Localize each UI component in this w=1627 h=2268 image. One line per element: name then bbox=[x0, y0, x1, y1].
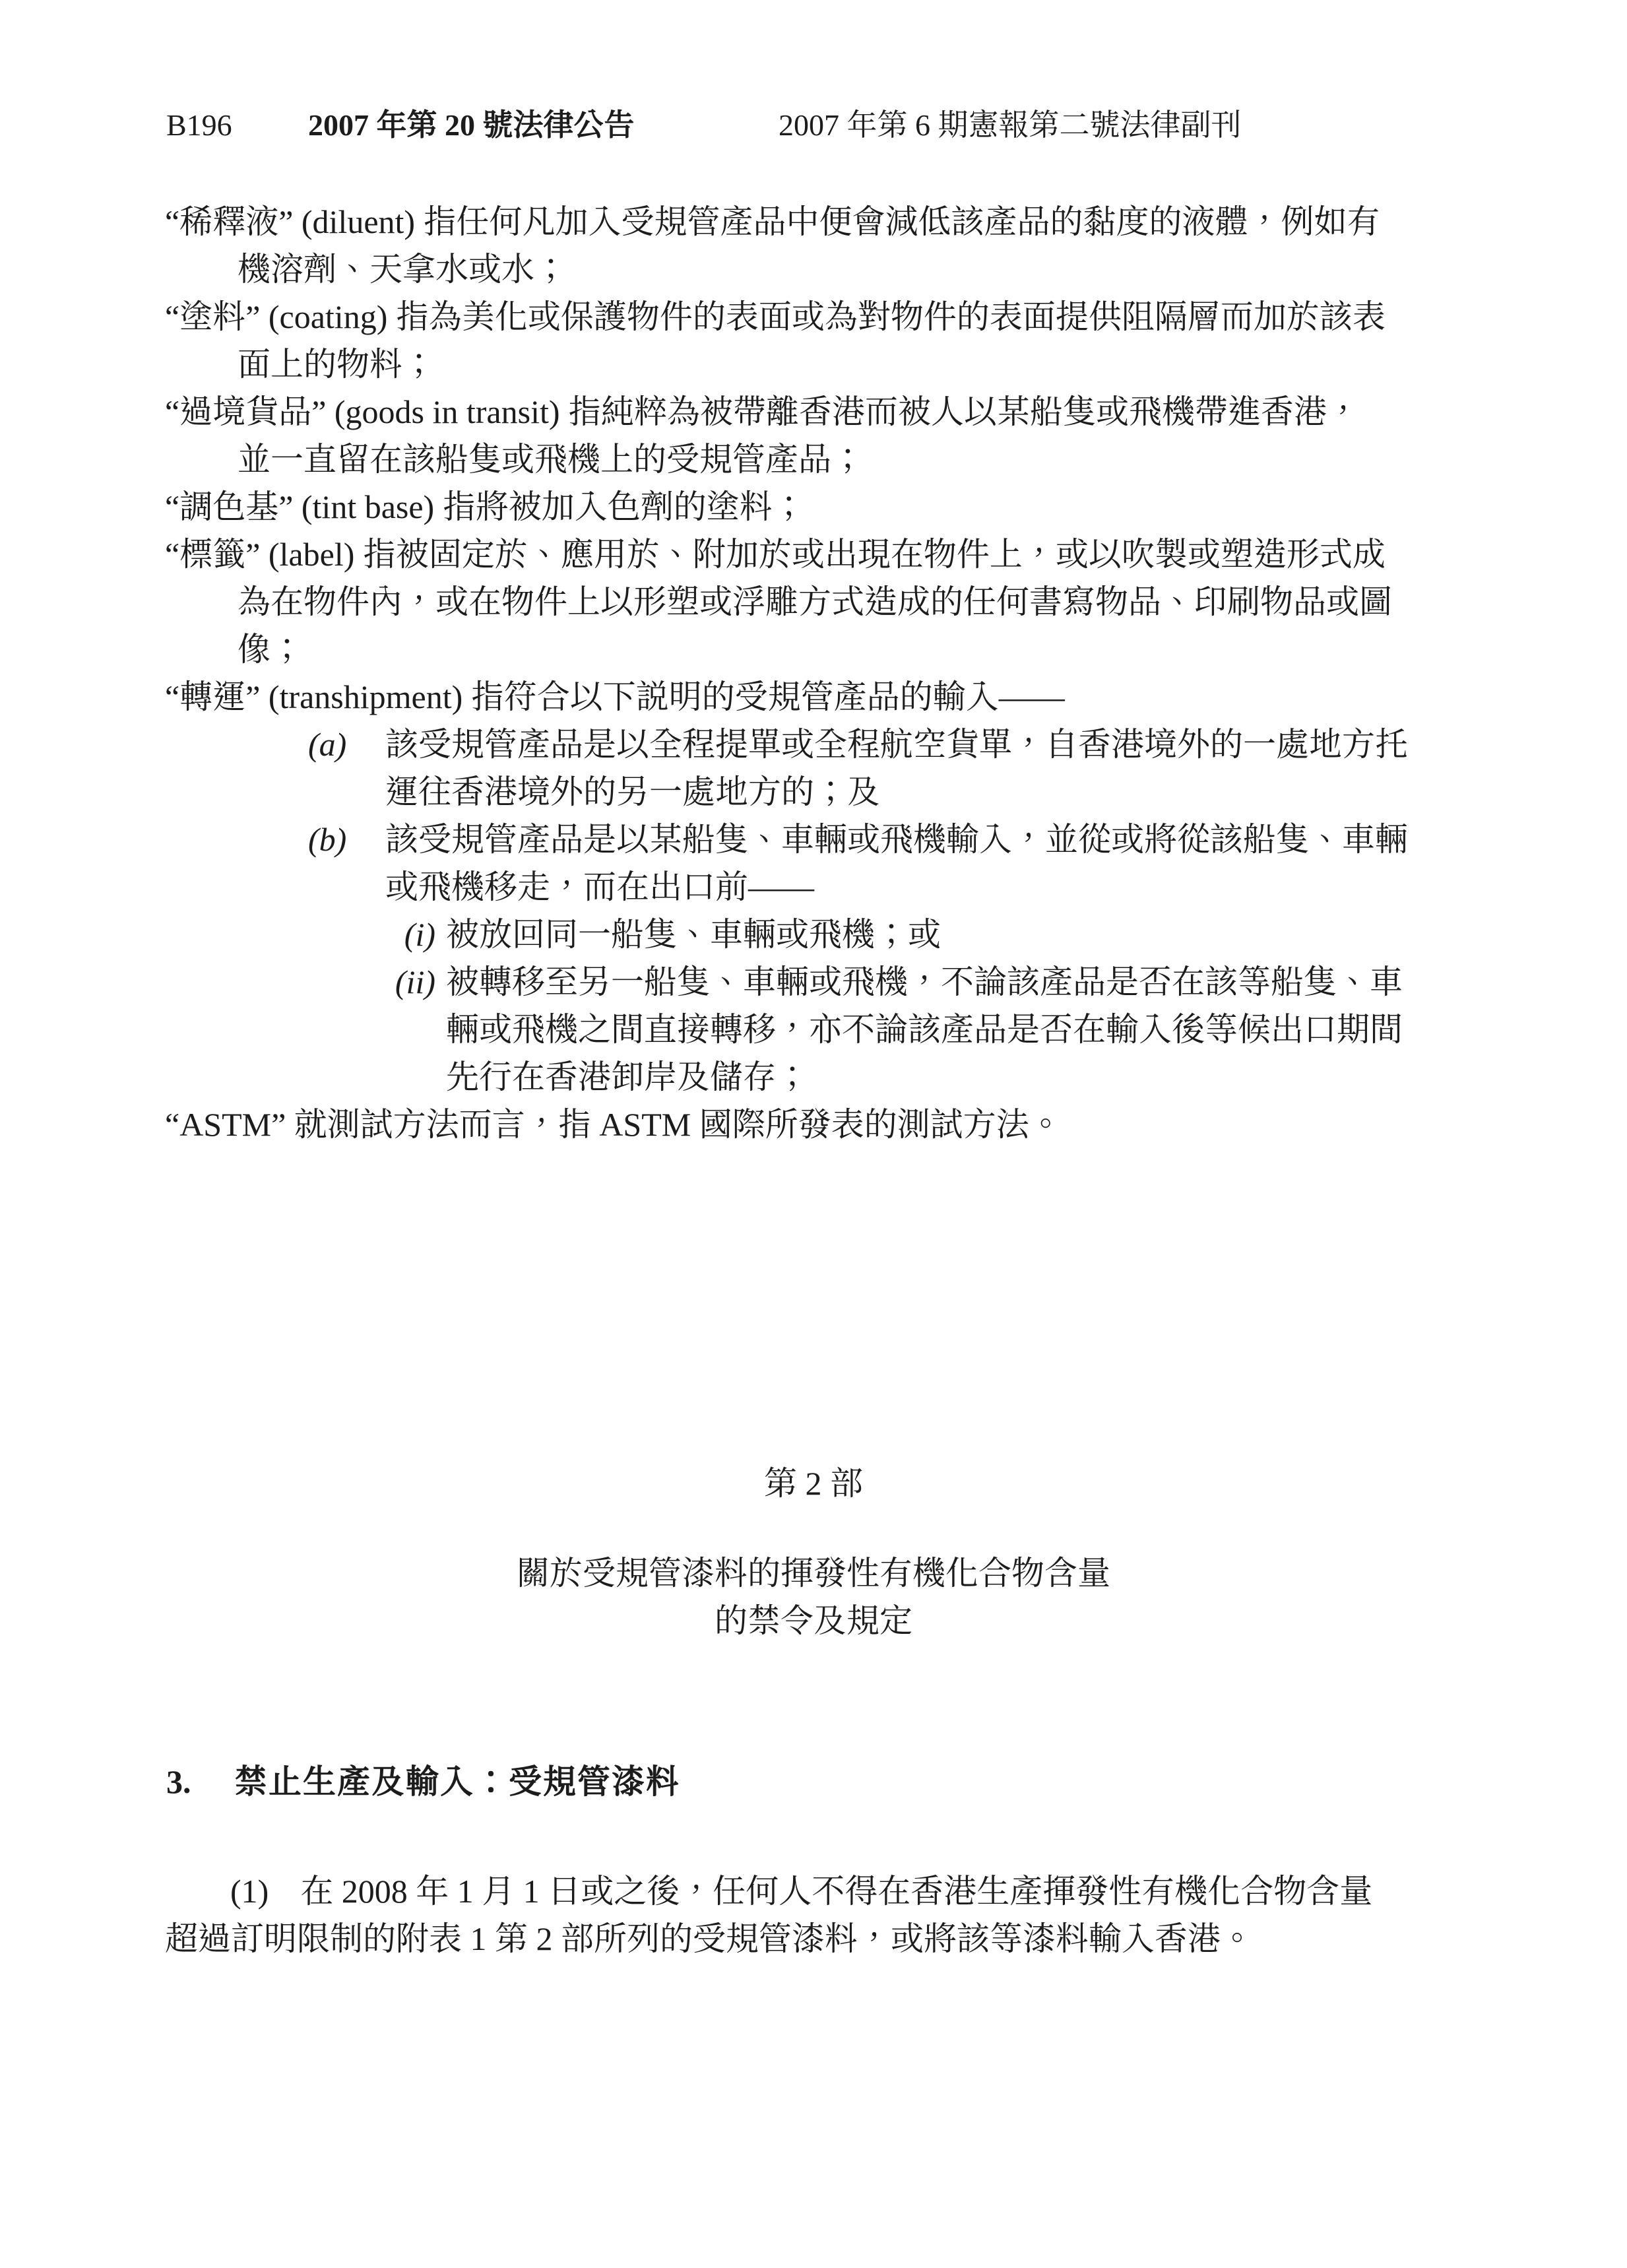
text-line: “標籤” (label) 指被固定於、應用於、附加於或出現在物件上，或以吹製或塑… bbox=[0, 531, 1627, 578]
part-2-number: 第 2 部 bbox=[0, 1460, 1627, 1507]
line-text: 像； bbox=[238, 631, 303, 668]
definitions-section: “稀釋液” (diluent) 指任何凡加入受規管產品中便會減低該產品的黏度的液… bbox=[0, 198, 1627, 1148]
list-marker: (a) bbox=[308, 721, 346, 768]
text-line: (ii)被轉移至另一船隻、車輛或飛機，不論該產品是否在該等船隻、車 bbox=[0, 958, 1627, 1006]
text-line: 面上的物料； bbox=[0, 340, 1627, 388]
line-text: 超過訂明限制的附表 1 第 2 部所列的受規管漆料，或將該等漆料輸入香港。 bbox=[165, 1920, 1254, 1957]
line-text: 在 2008 年 1 月 1 日或之後，任何人不得在香港生產揮發性有機化合物含量 bbox=[300, 1873, 1372, 1910]
line-text: 該受規管產品是以全程提單或全程航空貨單，自香港境外的一處地方托 bbox=[385, 726, 1408, 763]
line-text: 面上的物料； bbox=[238, 346, 435, 383]
text-line: 運往香港境外的另一處地方的；及 bbox=[0, 768, 1627, 816]
section-3-heading: 3. 禁止生產及輸入：受規管漆料 bbox=[0, 1758, 1627, 1805]
text-line: (1)在 2008 年 1 月 1 日或之後，任何人不得在香港生產揮發性有機化合… bbox=[0, 1867, 1627, 1915]
text-line: (b)該受規管產品是以某船隻、車輛或飛機輸入，並從或將從該船隻、車輛 bbox=[0, 816, 1627, 863]
line-text: 被放回同一船隻、車輛或飛機；或 bbox=[446, 916, 941, 953]
line-text: 該受規管產品是以某船隻、車輛或飛機輸入，並從或將從該船隻、車輛 bbox=[385, 821, 1408, 858]
header-gazette-supplement-title: 2007 年第 6 期憲報第二號法律副刊 bbox=[779, 106, 1242, 145]
text-line: 輛或飛機之間直接轉移，亦不論該產品是否在輸入後等候出口期間 bbox=[0, 1006, 1627, 1053]
line-text: “ASTM” 就測試方法而言，指 ASTM 國際所發表的測試方法。 bbox=[165, 1106, 1062, 1143]
list-marker: (1) bbox=[230, 1873, 269, 1910]
section-3-number: 3. bbox=[166, 1758, 191, 1805]
text-line: “塗料” (coating) 指為美化或保護物件的表面或為對物件的表面提供阻隔層… bbox=[0, 293, 1627, 340]
line-text: 先行在香港卸岸及儲存； bbox=[446, 1058, 809, 1095]
page-number: B196 bbox=[166, 106, 232, 145]
line-text: “塗料” (coating) 指為美化或保護物件的表面或為對物件的表面提供阻隔層… bbox=[165, 298, 1386, 335]
list-marker: (i) bbox=[336, 911, 435, 958]
line-text: 機溶劑、天拿水或水； bbox=[238, 251, 567, 288]
text-line: “稀釋液” (diluent) 指任何凡加入受規管產品中便會減低該產品的黏度的液… bbox=[0, 198, 1627, 245]
line-text: 並一直留在該船隻或飛機上的受規管產品； bbox=[238, 441, 864, 478]
text-line: “過境貨品” (goods in transit) 指純粹為被帶離香港而被人以某… bbox=[0, 388, 1627, 436]
section-3-title: 禁止生產及輸入：受規管漆料 bbox=[234, 1758, 680, 1805]
text-line: 並一直留在該船隻或飛機上的受規管產品； bbox=[0, 436, 1627, 483]
line-text: “過境貨品” (goods in transit) 指純粹為被帶離香港而被人以某… bbox=[165, 393, 1360, 430]
page-header: B196 2007 年第 20 號法律公告 2007 年第 6 期憲報第二號法律… bbox=[0, 106, 1627, 145]
text-line: 為在物件內，或在物件上以形塑或浮雕方式造成的任何書寫物品、印刷物品或圖 bbox=[0, 578, 1627, 626]
text-line: 或飛機移走，而在出口前—— bbox=[0, 863, 1627, 911]
line-text: “轉運” (transhipment) 指符合以下説明的受規管產品的輸入—— bbox=[165, 678, 1065, 715]
line-text: 被轉移至另一船隻、車輛或飛機，不論該產品是否在該等船隻、車 bbox=[446, 963, 1403, 1000]
document-page: B196 2007 年第 20 號法律公告 2007 年第 6 期憲報第二號法律… bbox=[0, 0, 1627, 2268]
text-line: “轉運” (transhipment) 指符合以下説明的受規管產品的輸入—— bbox=[0, 673, 1627, 721]
line-text: 為在物件內，或在物件上以形塑或浮雕方式造成的任何書寫物品、印刷物品或圖 bbox=[238, 583, 1392, 620]
text-line: 先行在香港卸岸及儲存； bbox=[0, 1053, 1627, 1101]
text-line: (a)該受規管產品是以全程提單或全程航空貨單，自香港境外的一處地方托 bbox=[0, 721, 1627, 768]
line-text: “調色基” (tint base) 指將被加入色劑的塗料； bbox=[165, 488, 806, 525]
text-line: 像； bbox=[0, 626, 1627, 673]
line-text: “稀釋液” (diluent) 指任何凡加入受規管產品中便會減低該產品的黏度的液… bbox=[165, 203, 1380, 240]
line-text: 或飛機移走，而在出口前—— bbox=[385, 868, 814, 905]
part-2-title-line-1: 關於受規管漆料的揮發性有機化合物含量 bbox=[0, 1549, 1627, 1597]
part-2-title-line-2: 的禁令及規定 bbox=[0, 1597, 1627, 1644]
header-gazette-notice-title: 2007 年第 20 號法律公告 bbox=[308, 106, 635, 145]
section-3-paragraph: (1)在 2008 年 1 月 1 日或之後，任何人不得在香港生產揮發性有機化合… bbox=[0, 1867, 1627, 1962]
text-line: 機溶劑、天拿水或水； bbox=[0, 245, 1627, 293]
line-text: 輛或飛機之間直接轉移，亦不論該產品是否在輸入後等候出口期間 bbox=[446, 1011, 1403, 1048]
list-marker: (ii) bbox=[336, 958, 435, 1006]
text-line: “ASTM” 就測試方法而言，指 ASTM 國際所發表的測試方法。 bbox=[0, 1101, 1627, 1148]
text-line: “調色基” (tint base) 指將被加入色劑的塗料； bbox=[0, 483, 1627, 531]
line-text: 運往香港境外的另一處地方的；及 bbox=[385, 773, 880, 810]
list-marker: (b) bbox=[308, 816, 346, 863]
text-line: 超過訂明限制的附表 1 第 2 部所列的受規管漆料，或將該等漆料輸入香港。 bbox=[0, 1915, 1627, 1962]
line-text: “標籤” (label) 指被固定於、應用於、附加於或出現在物件上，或以吹製或塑… bbox=[165, 536, 1386, 573]
text-line: (i)被放回同一船隻、車輛或飛機；或 bbox=[0, 911, 1627, 958]
